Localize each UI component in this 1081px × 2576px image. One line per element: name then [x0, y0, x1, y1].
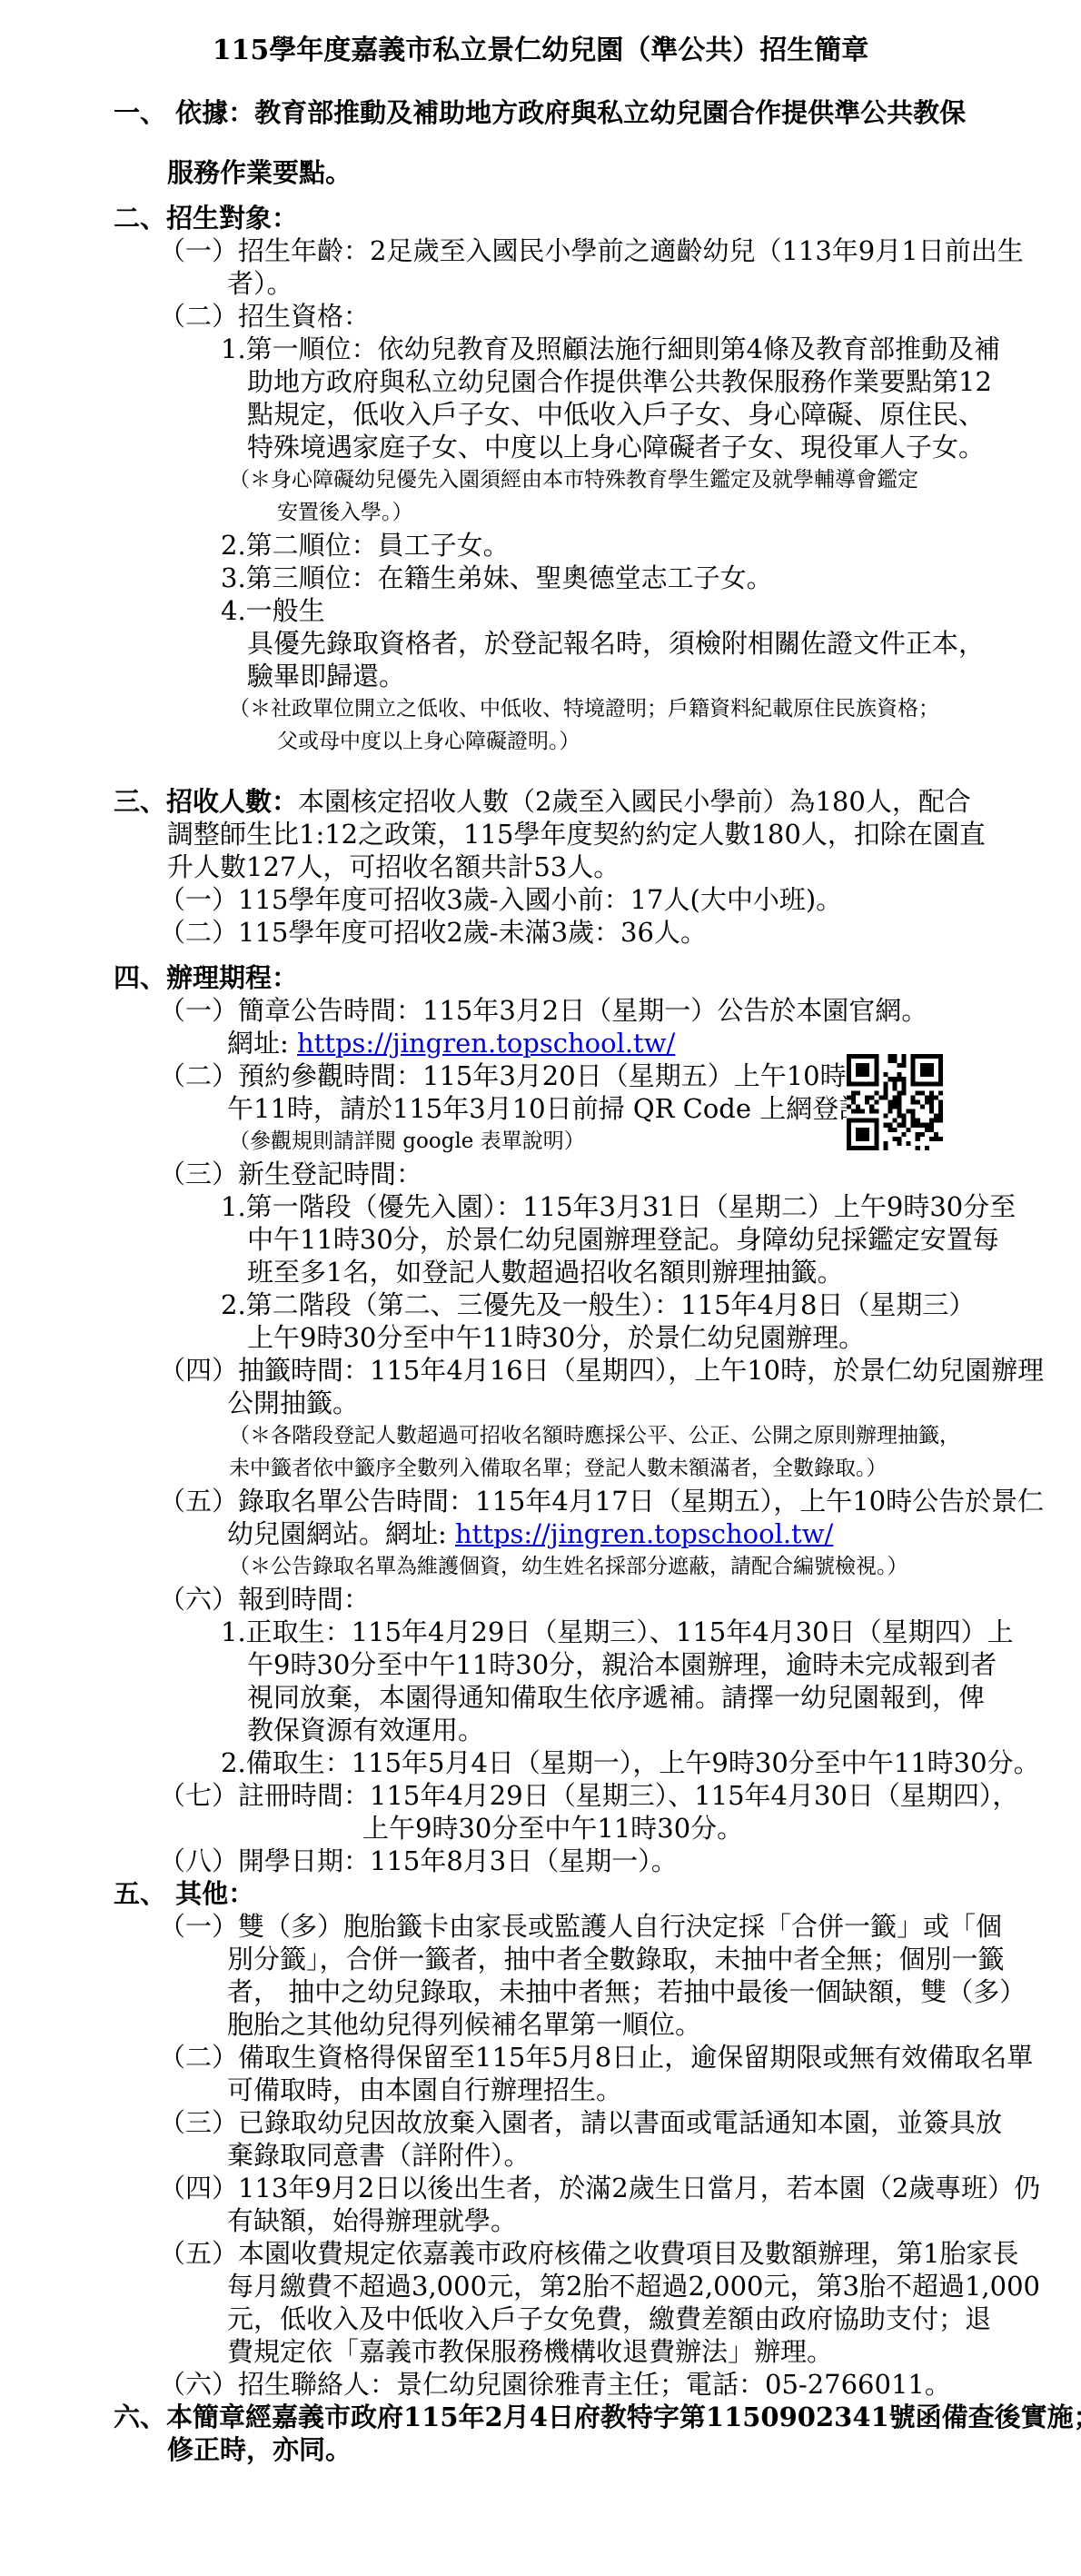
- doc-line: 未中籤者依中籤序全數列入備取名單；登記人數未額滿者，全數錄取。）: [0, 1452, 1081, 1485]
- doc-line: （七）註冊時間：115年4月29日（星期三）、115年4月30日（星期四），: [0, 1779, 1081, 1812]
- doc-line: （一）簡章公告時間：115年3月2日（星期一）公告於本園官網。: [0, 994, 1081, 1027]
- doc-line: 安置後入學。）: [0, 496, 1081, 529]
- doc-line: （一）招生年齡：2足歲至入國民小學前之適齡幼兒（113年9月1日前出生: [0, 234, 1081, 267]
- doc-line: 調整師生比1:12之政策，115學年度契約約定人數180人，扣除在園直: [0, 818, 1081, 850]
- doc-line: （六）報到時間：: [0, 1583, 1081, 1616]
- doc-line: （＊各階段登記人數超過可招收名額時應採公平、公正、公開之原則辦理抽籤，: [0, 1419, 1081, 1452]
- url-link[interactable]: https://jingren.topschool.tw/: [455, 1518, 833, 1549]
- doc-line: （八）開學日期：115年8月3日（星期一）。: [0, 1845, 1081, 1877]
- doc-line: 幼兒園網站。網址: https://jingren.topschool.tw/: [0, 1517, 1081, 1550]
- doc-line: 修正時，亦同。: [0, 2433, 1081, 2466]
- document-body: 一、 依據：教育部推動及補助地方政府與私立幼兒園合作提供準公共教保服務作業要點。…: [0, 96, 1081, 2466]
- doc-line: （五）本園收費規定依嘉義市政府核備之收費項目及數額辦理，第1胎家長: [0, 2237, 1081, 2270]
- doc-line: 每月繳費不超過3,000元，第2胎不超過2,000元，第3胎不超過1,000: [0, 2270, 1081, 2302]
- doc-line: 班至多1名，如登記人數超過招收名額則辦理抽籤。: [0, 1256, 1081, 1288]
- doc-line: 二、招生對象：: [0, 202, 1081, 234]
- qr-code: [847, 1054, 943, 1150]
- doc-line: 視同放棄，本園得通知備取生依序遞補。請擇一幼兒園報到，俾: [0, 1681, 1081, 1714]
- doc-line: 四、辦理期程：: [0, 961, 1081, 994]
- doc-line: （二）備取生資格得保留至115年5月8日止，逾保留期限或無有效備取名單: [0, 2041, 1081, 2074]
- url-link[interactable]: https://jingren.topschool.tw/: [297, 1028, 675, 1059]
- doc-line: 具優先錄取資格者，於登記報名時，須檢附相關佐證文件正本，: [0, 627, 1081, 660]
- doc-line: 胞胎之其他幼兒得列候補名單第一順位。: [0, 2008, 1081, 2041]
- doc-line: （五）錄取名單公告時間：115年4月17日（星期五），上午10時公告於景仁: [0, 1485, 1081, 1517]
- doc-line: 2.第二階段（第二、三優先及一般生）：115年4月8日（星期三）: [0, 1288, 1081, 1321]
- doc-line: 升人數127人，可招收名額共計53人。: [0, 850, 1081, 883]
- doc-line: 三、招收人數：本園核定招收人數（2歲至入國民小學前）為180人，配合: [0, 785, 1081, 818]
- doc-line: 者， 抽中之幼兒錄取，未抽中者無；若抽中最後一個缺額，雙（多）: [0, 1975, 1081, 2008]
- doc-line: 1.第一階段（優先入園）：115年3月31日（星期二）上午9時30分至: [0, 1190, 1081, 1223]
- doc-line: 元，低收入及中低收入戶子女免費，繳費差額由政府協助支付；退: [0, 2302, 1081, 2335]
- doc-line: 上午9時30分至中午11時30分。: [0, 1812, 1081, 1845]
- doc-line: 午9時30分至中午11時30分，親洽本園辦理，逾時未完成報到者: [0, 1648, 1081, 1681]
- doc-line: 2.備取生：115年5月4日（星期一），上午9時30分至中午11時30分。: [0, 1746, 1081, 1779]
- doc-line: 中午11時30分，於景仁幼兒園辦理登記。身障幼兒採鑑定安置每: [0, 1223, 1081, 1256]
- doc-line: （三）已錄取幼兒因故放棄入園者，請以書面或電話通知本園，並簽具放: [0, 2106, 1081, 2139]
- doc-line: 1.正取生：115年4月29日（星期三）、115年4月30日（星期四）上: [0, 1616, 1081, 1648]
- document-page: 115學年度嘉義市私立景仁幼兒園（準公共）招生簡章 一、 依據：教育部推動及補助…: [0, 0, 1081, 2576]
- doc-line: 2.第二順位：員工子女。: [0, 529, 1081, 562]
- doc-line: 別分籤」，合併一籤者，抽中者全數錄取，未抽中者全無；個別一籤: [0, 1943, 1081, 1975]
- doc-line: 者）。: [0, 267, 1081, 300]
- doc-line: （＊公告錄取名單為維護個資，幼生姓名採部分遮蔽，請配合編號檢視。）: [0, 1550, 1081, 1583]
- doc-line: 教保資源有效運用。: [0, 1714, 1081, 1746]
- section-label: 三、招收人數：: [114, 786, 298, 817]
- doc-line: 驗畢即歸還。: [0, 660, 1081, 692]
- doc-line: 助地方政府與私立幼兒園合作提供準公共教保服務作業要點第12: [0, 365, 1081, 398]
- doc-line: （六）招生聯絡人：景仁幼兒園徐雅青主任；電話：05-2766011。: [0, 2368, 1081, 2401]
- doc-line: （一）雙（多）胞胎籤卡由家長或監護人自行決定採「合併一籤」或「個: [0, 1910, 1081, 1943]
- doc-line: （二）115學年度可招收2歲-未滿3歲：36人。: [0, 916, 1081, 949]
- doc-line: （四）113年9月2日以後出生者，於滿2歲生日當月，若本園（2歲專班）仍: [0, 2172, 1081, 2204]
- doc-line: 1.第一順位：依幼兒教育及照顧法施行細則第4條及教育部推動及補: [0, 333, 1081, 365]
- doc-line: 有缺額，始得辦理就學。: [0, 2204, 1081, 2237]
- doc-line: （一）115學年度可招收3歲-入國小前：17人(大中小班)。: [0, 883, 1081, 916]
- doc-line: （四）抽籤時間：115年4月16日（星期四），上午10時，於景仁幼兒園辦理: [0, 1354, 1081, 1387]
- doc-line: 4.一般生: [0, 594, 1081, 627]
- doc-line: 點規定，低收入戶子女、中低收入戶子女、身心障礙、原住民、: [0, 398, 1081, 431]
- doc-line: 特殊境遇家庭子女、中度以上身心障礙者子女、現役軍人子女。: [0, 431, 1081, 463]
- doc-line: 一、 依據：教育部推動及補助地方政府與私立幼兒園合作提供準公共教保: [0, 96, 1081, 129]
- page-title: 115學年度嘉義市私立景仁幼兒園（準公共）招生簡章: [0, 0, 1081, 69]
- doc-line: 服務作業要點。: [0, 156, 1081, 189]
- doc-line: （三）新生登記時間：: [0, 1158, 1081, 1190]
- doc-line: 六、本簡章經嘉義市政府115年2月4日府教特字第1150902341號函備查後實…: [0, 2401, 1081, 2433]
- doc-line: （二）招生資格：: [0, 300, 1081, 333]
- doc-line: 父或母中度以上身心障礙證明。）: [0, 725, 1081, 758]
- doc-line: 可備取時，由本園自行辦理招生。: [0, 2074, 1081, 2106]
- doc-line: 公開抽籤。: [0, 1387, 1081, 1419]
- doc-line: （＊社政單位開立之低收、中低收、特境證明；戶籍資料紀載原住民族資格；: [0, 692, 1081, 725]
- doc-line: 費規定依「嘉義市教保服務機構收退費辦法」辦理。: [0, 2335, 1081, 2368]
- doc-line: 五、 其他：: [0, 1877, 1081, 1910]
- doc-line: （＊身心障礙幼兒優先入園須經由本市特殊教育學生鑑定及就學輔導會鑑定: [0, 463, 1081, 496]
- doc-line: 上午9時30分至中午11時30分，於景仁幼兒園辦理。: [0, 1321, 1081, 1354]
- doc-line: 棄錄取同意書（詳附件）。: [0, 2139, 1081, 2172]
- doc-line: 3.第三順位：在籍生弟妹、聖奧德堂志工子女。: [0, 562, 1081, 594]
